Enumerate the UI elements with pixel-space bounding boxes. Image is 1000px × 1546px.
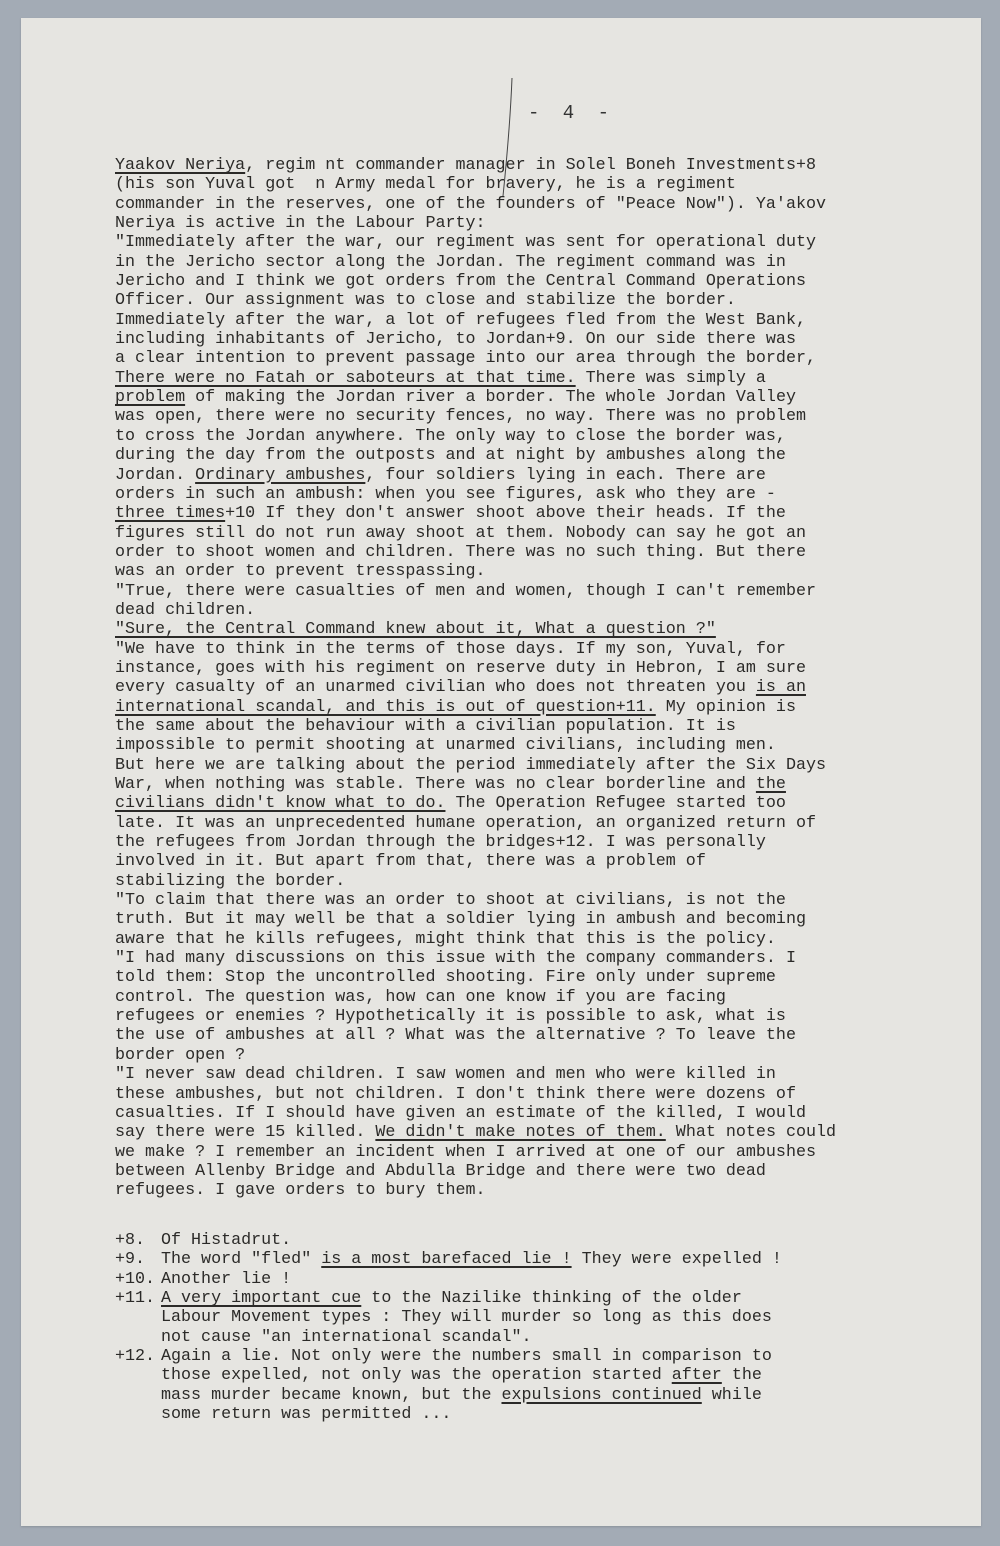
underlined-text: is a most barefaced lie ! xyxy=(321,1250,571,1269)
text-run: between Allenby Bridge and Abdulla Bridg… xyxy=(115,1162,766,1181)
text-run: "I never saw dead children. I saw women … xyxy=(115,1065,776,1084)
body-line: three times+10 If they don't answer shoo… xyxy=(115,504,955,523)
body-line: the use of ambushes at all ? What was th… xyxy=(115,1026,955,1045)
body-line: impossible to permit shooting at unarmed… xyxy=(115,736,955,755)
text-run: late. It was an unprecedented humane ope… xyxy=(115,814,816,833)
underlined-text: problem xyxy=(115,388,185,407)
body-line: civilians didn't know what to do. The Op… xyxy=(115,794,955,813)
text-run: Again a lie. Not only were the numbers s… xyxy=(161,1347,772,1366)
text-run: a clear intention to prevent passage int… xyxy=(115,349,816,368)
body-line: the same about the behaviour with a civi… xyxy=(115,717,955,736)
footnotes: +8.Of Histadrut.+9.The word "fled" is a … xyxy=(115,1231,955,1424)
body-line: every casualty of an unarmed civilian wh… xyxy=(115,678,955,697)
text-run: The word "fled" xyxy=(161,1250,321,1269)
underlined-text: Ordinary ambushes xyxy=(195,466,365,485)
underlined-text: the xyxy=(756,775,786,794)
body-line: Jordan. Ordinary ambushes, four soldiers… xyxy=(115,466,955,485)
text-run: +10 If they don't answer shoot above the… xyxy=(225,504,786,523)
underlined-text: expulsions continued xyxy=(501,1386,701,1405)
text-run: There was simply a xyxy=(576,369,766,388)
body-line: commander in the reserves, one of the fo… xyxy=(115,195,955,214)
text-run: the refugees from Jordan through the bri… xyxy=(115,833,766,852)
text-run: orders in such an ambush: when you see f… xyxy=(115,485,776,504)
footnote-text: The word "fled" is a most barefaced lie … xyxy=(161,1250,782,1269)
body-line: we make ? I remember an incident when I … xyxy=(115,1143,955,1162)
underlined-text: We didn't make notes of them. xyxy=(375,1123,665,1142)
footnote-line: those expelled, not only was the operati… xyxy=(161,1366,772,1385)
text-run: "I had many discussions on this issue wi… xyxy=(115,949,796,968)
body-line: between Allenby Bridge and Abdulla Bridg… xyxy=(115,1162,955,1181)
text-run: Labour Movement types : They will murder… xyxy=(161,1308,772,1327)
text-run: commander in the reserves, one of the fo… xyxy=(115,195,826,214)
body-line: order to shoot women and children. There… xyxy=(115,543,955,562)
text-run: Jericho and I think we got orders from t… xyxy=(115,272,806,291)
body-line: problem of making the Jordan river a bor… xyxy=(115,388,955,407)
body-line: was open, there were no security fences,… xyxy=(115,407,955,426)
text-run: in the Jericho sector along the Jordan. … xyxy=(115,253,786,272)
text-run: instance, goes with his regiment on rese… xyxy=(115,659,806,678)
text-run: Neriya is active in the Labour Party: xyxy=(115,214,486,233)
body-line: refugees or enemies ? Hypothetically it … xyxy=(115,1007,955,1026)
text-run: "True, there were casualties of men and … xyxy=(115,582,816,601)
text-run: aware that he kills refugees, might thin… xyxy=(115,930,776,949)
text-run: some return was permitted ... xyxy=(161,1405,451,1424)
underlined-text: There were no Fatah or saboteurs at that… xyxy=(115,369,576,388)
footnote-line: not cause "an international scandal". xyxy=(161,1328,772,1347)
body-line: border open ? xyxy=(115,1046,955,1065)
underlined-text: is an xyxy=(756,678,806,697)
body-line: say there were 15 killed. We didn't make… xyxy=(115,1123,955,1142)
text-run: the xyxy=(722,1366,762,1385)
body-line: casualties. If I should have given an es… xyxy=(115,1104,955,1123)
footnote-line: Of Histadrut. xyxy=(161,1231,291,1250)
body-line: control. The question was, how can one k… xyxy=(115,988,955,1007)
body-line: There were no Fatah or saboteurs at that… xyxy=(115,369,955,388)
footnote-text: Again a lie. Not only were the numbers s… xyxy=(161,1347,772,1424)
text-run: during the day from the outposts and at … xyxy=(115,446,786,465)
text-run: The Operation Refugee started too xyxy=(445,794,785,813)
footnote-marker: +12. xyxy=(115,1347,161,1424)
text-run: "To claim that there was an order to sho… xyxy=(115,891,786,910)
body-line: was an order to prevent tresspassing. xyxy=(115,562,955,581)
text-run: stabilizing the border. xyxy=(115,872,345,891)
text-run: figures still do not run away shoot at t… xyxy=(115,524,806,543)
text-run: "We have to think in the terms of those … xyxy=(115,640,786,659)
text-run: refugees. I gave orders to bury them. xyxy=(115,1181,486,1200)
body-line: refugees. I gave orders to bury them. xyxy=(115,1181,955,1200)
body-line: instance, goes with his regiment on rese… xyxy=(115,659,955,678)
underlined-text: "Sure, the Central Command knew about it… xyxy=(115,620,716,639)
footnote: +11.A very important cue to the Nazilike… xyxy=(115,1289,955,1347)
text-run: casualties. If I should have given an es… xyxy=(115,1104,806,1123)
body-line: orders in such an ambush: when you see f… xyxy=(115,485,955,504)
footnote: +12.Again a lie. Not only were the numbe… xyxy=(115,1347,955,1424)
footnote-marker: +8. xyxy=(115,1231,161,1250)
body-line: "We have to think in the terms of those … xyxy=(115,640,955,659)
body-line: these ambushes, but not children. I don'… xyxy=(115,1085,955,1104)
text-run: , four soldiers lying in each. There are xyxy=(365,466,766,485)
text-run: Officer. Our assignment was to close and… xyxy=(115,291,736,310)
footnote-line: Again a lie. Not only were the numbers s… xyxy=(161,1347,772,1366)
text-run: those expelled, not only was the operati… xyxy=(161,1366,672,1385)
body-line: figures still do not run away shoot at t… xyxy=(115,524,955,543)
text-run: Of Histadrut. xyxy=(161,1231,291,1250)
body-line: international scandal, and this is out o… xyxy=(115,698,955,717)
text-run: was open, there were no security fences,… xyxy=(115,407,806,426)
body-line: "To claim that there was an order to sho… xyxy=(115,891,955,910)
body-line: "Sure, the Central Command knew about it… xyxy=(115,620,955,639)
text-run: involved in it. But apart from that, the… xyxy=(115,852,706,871)
text-run: we make ? I remember an incident when I … xyxy=(115,1143,816,1162)
body-line: stabilizing the border. xyxy=(115,872,955,891)
text-run: mass murder became known, but the xyxy=(161,1386,501,1405)
text-run: They were expelled ! xyxy=(572,1250,782,1269)
body-line: late. It was an unprecedented humane ope… xyxy=(115,814,955,833)
footnote-line: A very important cue to the Nazilike thi… xyxy=(161,1289,772,1308)
body-line: "I never saw dead children. I saw women … xyxy=(115,1065,955,1084)
body-line: involved in it. But apart from that, the… xyxy=(115,852,955,871)
body-line: "True, there were casualties of men and … xyxy=(115,582,955,601)
body-line: aware that he kills refugees, might thin… xyxy=(115,930,955,949)
text-run: War, when nothing was stable. There was … xyxy=(115,775,756,794)
text-run: "Immediately after the war, our regiment… xyxy=(115,233,816,252)
text-run: while xyxy=(702,1386,762,1405)
body-line: Yaakov Neriya, regim nt commander manage… xyxy=(115,156,955,175)
text-run: not cause "an international scandal". xyxy=(161,1328,532,1347)
body-line: Neriya is active in the Labour Party: xyxy=(115,214,955,233)
underlined-text: Yaakov Neriya xyxy=(115,156,245,175)
underlined-text: three times xyxy=(115,504,225,523)
body-line: the refugees from Jordan through the bri… xyxy=(115,833,955,852)
body-text: Yaakov Neriya, regim nt commander manage… xyxy=(115,156,955,1201)
text-run: told them: Stop the uncontrolled shootin… xyxy=(115,968,776,987)
footnote-line: Labour Movement types : They will murder… xyxy=(161,1308,772,1327)
text-run: dead children. xyxy=(115,601,255,620)
body-line: in the Jericho sector along the Jordan. … xyxy=(115,253,955,272)
text-run: to the Nazilike thinking of the older xyxy=(361,1289,742,1308)
page-number: - 4 - xyxy=(528,102,615,124)
text-run: What notes could xyxy=(666,1123,836,1142)
underlined-text: after xyxy=(672,1366,722,1385)
body-line: "I had many discussions on this issue wi… xyxy=(115,949,955,968)
text-run: order to shoot women and children. There… xyxy=(115,543,806,562)
underlined-text: civilians didn't know what to do. xyxy=(115,794,445,813)
footnote-marker: +9. xyxy=(115,1250,161,1269)
footnote-text: Of Histadrut. xyxy=(161,1231,291,1250)
body-line: Officer. Our assignment was to close and… xyxy=(115,291,955,310)
text-run: impossible to permit shooting at unarmed… xyxy=(115,736,776,755)
text-run: the use of ambushes at all ? What was th… xyxy=(115,1026,796,1045)
body-line: Immediately after the war, a lot of refu… xyxy=(115,311,955,330)
footnote: +10.Another lie ! xyxy=(115,1270,955,1289)
body-line: But here we are talking about the period… xyxy=(115,756,955,775)
text-run: Immediately after the war, a lot of refu… xyxy=(115,311,806,330)
body-line: "Immediately after the war, our regiment… xyxy=(115,233,955,252)
body-line: (his son Yuval got n Army medal for brav… xyxy=(115,175,955,194)
body-line: including inhabitants of Jericho, to Jor… xyxy=(115,330,955,349)
text-run: refugees or enemies ? Hypothetically it … xyxy=(115,1007,786,1026)
footnote-line: mass murder became known, but the expuls… xyxy=(161,1386,772,1405)
text-run: say there were 15 killed. xyxy=(115,1123,375,1142)
body-line: dead children. xyxy=(115,601,955,620)
body-line: to cross the Jordan anywhere. The only w… xyxy=(115,427,955,446)
body-line: told them: Stop the uncontrolled shootin… xyxy=(115,968,955,987)
text-run: was an order to prevent tresspassing. xyxy=(115,562,486,581)
text-run: Another lie ! xyxy=(161,1270,291,1289)
text-run: border open ? xyxy=(115,1046,245,1065)
footnote-text: A very important cue to the Nazilike thi… xyxy=(161,1289,772,1347)
body-line: Jericho and I think we got orders from t… xyxy=(115,272,955,291)
footnote: +8.Of Histadrut. xyxy=(115,1231,955,1250)
text-run: including inhabitants of Jericho, to Jor… xyxy=(115,330,796,349)
text-run: truth. But it may well be that a soldier… xyxy=(115,910,806,929)
text-run: (his son Yuval got n Army medal for brav… xyxy=(115,175,736,194)
footnote-marker: +10. xyxy=(115,1270,161,1289)
text-run: of making the Jordan river a border. The… xyxy=(185,388,796,407)
footnote-marker: +11. xyxy=(115,1289,161,1347)
text-run: these ambushes, but not children. I don'… xyxy=(115,1085,796,1104)
text-run: My opinion is xyxy=(656,698,796,717)
body-line: truth. But it may well be that a soldier… xyxy=(115,910,955,929)
text-run: every casualty of an unarmed civilian wh… xyxy=(115,678,756,697)
underlined-text: international scandal, and this is out o… xyxy=(115,698,656,717)
body-line: a clear intention to prevent passage int… xyxy=(115,349,955,368)
footnote-line: The word "fled" is a most barefaced lie … xyxy=(161,1250,782,1269)
text-run: But here we are talking about the period… xyxy=(115,756,826,775)
text-run: the same about the behaviour with a civi… xyxy=(115,717,736,736)
text-run: Jordan. xyxy=(115,466,195,485)
footnote-line: Another lie ! xyxy=(161,1270,291,1289)
body-line: during the day from the outposts and at … xyxy=(115,446,955,465)
text-run: , regim nt commander manager in Solel Bo… xyxy=(245,156,816,175)
footnote-text: Another lie ! xyxy=(161,1270,291,1289)
text-run: control. The question was, how can one k… xyxy=(115,988,726,1007)
body-line: War, when nothing was stable. There was … xyxy=(115,775,955,794)
underlined-text: A very important cue xyxy=(161,1289,361,1308)
text-run: to cross the Jordan anywhere. The only w… xyxy=(115,427,786,446)
footnote: +9.The word "fled" is a most barefaced l… xyxy=(115,1250,955,1269)
footnote-line: some return was permitted ... xyxy=(161,1405,772,1424)
